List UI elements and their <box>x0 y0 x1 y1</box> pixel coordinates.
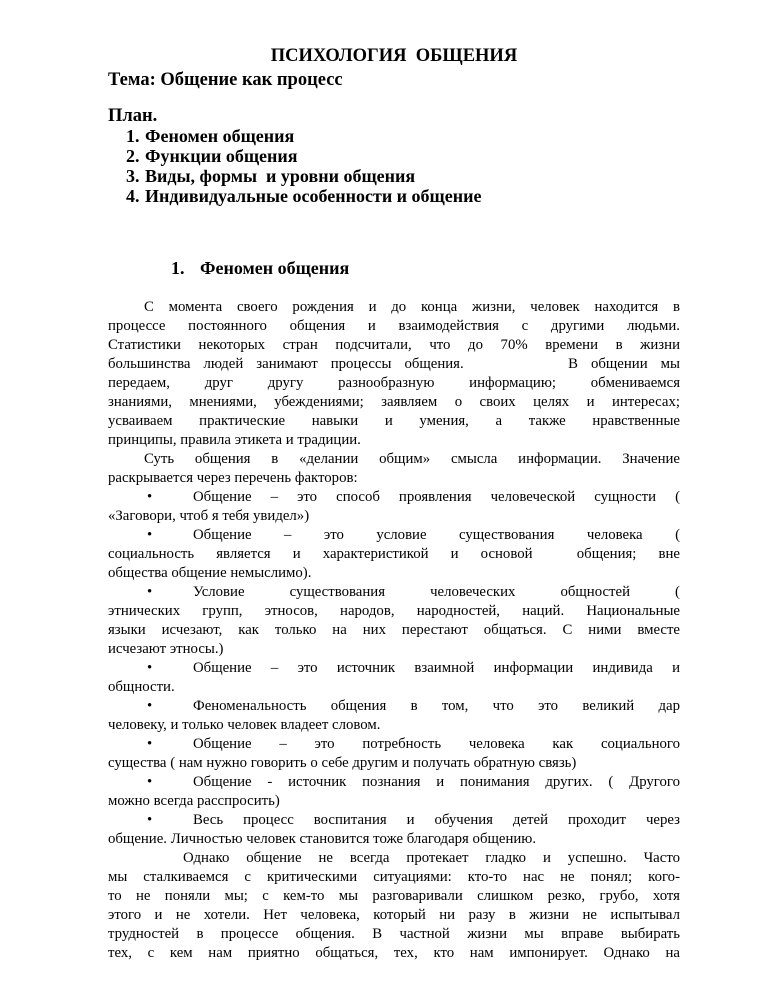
text-line: человеку, и только человек владеет слово… <box>108 716 680 735</box>
text-line: •Общение – это источник взаимной информа… <box>108 659 680 678</box>
paragraph: С момента своего рождения и до конца жиз… <box>108 298 680 450</box>
plan-label: План. <box>108 106 680 126</box>
text-line: •Весь процесс воспитания и обучения дете… <box>108 811 680 830</box>
text-line: •Общение – это условие существования чел… <box>108 526 680 545</box>
text-line: языки исчезают, как только на них перест… <box>108 621 680 640</box>
bullet-icon: • <box>147 488 152 507</box>
plan-item: 1.Феномен общения <box>108 126 680 146</box>
text-line: исчезают этносы.) <box>108 640 680 659</box>
text-line: общности. <box>108 678 680 697</box>
bullet-paragraph: •Общение - источник познания и понимания… <box>108 773 680 811</box>
text-line: существа ( нам нужно говорить о себе дру… <box>108 754 680 773</box>
text-line: общение. Личностью человек становится то… <box>108 830 680 849</box>
bullet-paragraph: •Общение – это потребность человека как … <box>108 735 680 773</box>
plan-list: 1.Феномен общения2.Функции общения3.Виды… <box>108 126 680 206</box>
text-line: раскрывается через перечень факторов: <box>108 469 680 488</box>
plan-item: 2.Функции общения <box>108 146 680 166</box>
section-heading: 1.Феномен общения <box>108 238 680 298</box>
text-line: социальность является и характеристикой … <box>108 545 680 564</box>
bullet-paragraph: •Общение – это условие существования чел… <box>108 526 680 583</box>
text-line: •Общение – это потребность человека как … <box>108 735 680 754</box>
section-title: Феномен общения <box>200 258 349 278</box>
text-line: этнических групп, этносов, народов, наро… <box>108 602 680 621</box>
text-line: •Феноменальность общения в том, что это … <box>108 697 680 716</box>
plan-item-text: Функции общения <box>145 146 297 166</box>
bullet-icon: • <box>147 659 152 678</box>
bullet-icon: • <box>147 735 152 754</box>
bullet-paragraph: •Весь процесс воспитания и обучения дете… <box>108 811 680 849</box>
text-line: С момента своего рождения и до конца жиз… <box>108 298 680 317</box>
text-line: этого и не хотели. Нет человека, который… <box>108 906 680 925</box>
text-line: •Условие существования человеческих общн… <box>108 583 680 602</box>
text-line: •Общение - источник познания и понимания… <box>108 773 680 792</box>
bullet-icon: • <box>147 583 152 602</box>
text-line: трудностей в процессе общения. В частной… <box>108 925 680 944</box>
bullet-paragraph: •Общение – это способ проявления человеч… <box>108 488 680 526</box>
bullet-icon: • <box>147 811 152 830</box>
plan-item-text: Виды, формы и уровни общения <box>145 166 415 186</box>
paragraph: Суть общения в «делании общим» смысла ин… <box>108 450 680 488</box>
plan-item: 3.Виды, формы и уровни общения <box>108 166 680 186</box>
text-line: •Общение – это способ проявления человеч… <box>108 488 680 507</box>
text-line: процессе постоянного общения и взаимодей… <box>108 317 680 336</box>
plan-item-number: 3. <box>126 166 145 186</box>
plan-item-text: Индивидуальные особенности и общение <box>145 186 481 206</box>
plan-item: 4.Индивидуальные особенности и общение <box>108 186 680 206</box>
document-page: ПСИХОЛОГИЯ ОБЩЕНИЯ Тема: Общение как про… <box>0 0 768 994</box>
text-line: знаниями, мнениями, убеждениями; заявляе… <box>108 393 680 412</box>
bullet-paragraph: •Условие существования человеческих общн… <box>108 583 680 659</box>
text-line: Однако общение не всегда протекает гладк… <box>108 849 680 868</box>
bullet-icon: • <box>147 526 152 545</box>
text-line: передаем, друг другу разнообразную инфор… <box>108 374 680 393</box>
text-line: то не поняли мы; с кем-то мы разговарива… <box>108 887 680 906</box>
text-line: усваиваем практические навыки и умения, … <box>108 412 680 431</box>
document-body: С момента своего рождения и до конца жиз… <box>108 298 680 963</box>
bullet-paragraph: •Феноменальность общения в том, что это … <box>108 697 680 735</box>
bullet-paragraph: •Общение – это источник взаимной информа… <box>108 659 680 697</box>
text-line: общества общение немыслимо). <box>108 564 680 583</box>
document-topic: Тема: Общение как процесс <box>108 68 680 92</box>
text-line: тех, с кем нам приятно общаться, тех, кт… <box>108 944 680 963</box>
text-line: Суть общения в «делании общим» смысла ин… <box>108 450 680 469</box>
text-line: можно всегда расспросить) <box>108 792 680 811</box>
plan-item-number: 4. <box>126 186 145 206</box>
plan-item-text: Феномен общения <box>145 126 294 146</box>
plan-item-number: 2. <box>126 146 145 166</box>
section-number: 1. <box>171 258 200 278</box>
text-line: «Заговори, чтоб я тебя увидел») <box>108 507 680 526</box>
plan-item-number: 1. <box>126 126 145 146</box>
text-line: Статистики некоторых стран подсчитали, ч… <box>108 336 680 355</box>
bullet-icon: • <box>147 697 152 716</box>
text-line: большинства людей занимают процессы обще… <box>108 355 680 374</box>
bullet-icon: • <box>147 773 152 792</box>
document-title: ПСИХОЛОГИЯ ОБЩЕНИЯ <box>108 44 680 68</box>
paragraph: Однако общение не всегда протекает гладк… <box>108 849 680 963</box>
text-line: мы сталкиваемся с критическими ситуациям… <box>108 868 680 887</box>
text-line: принципы, правила этикета и традиции. <box>108 431 680 450</box>
